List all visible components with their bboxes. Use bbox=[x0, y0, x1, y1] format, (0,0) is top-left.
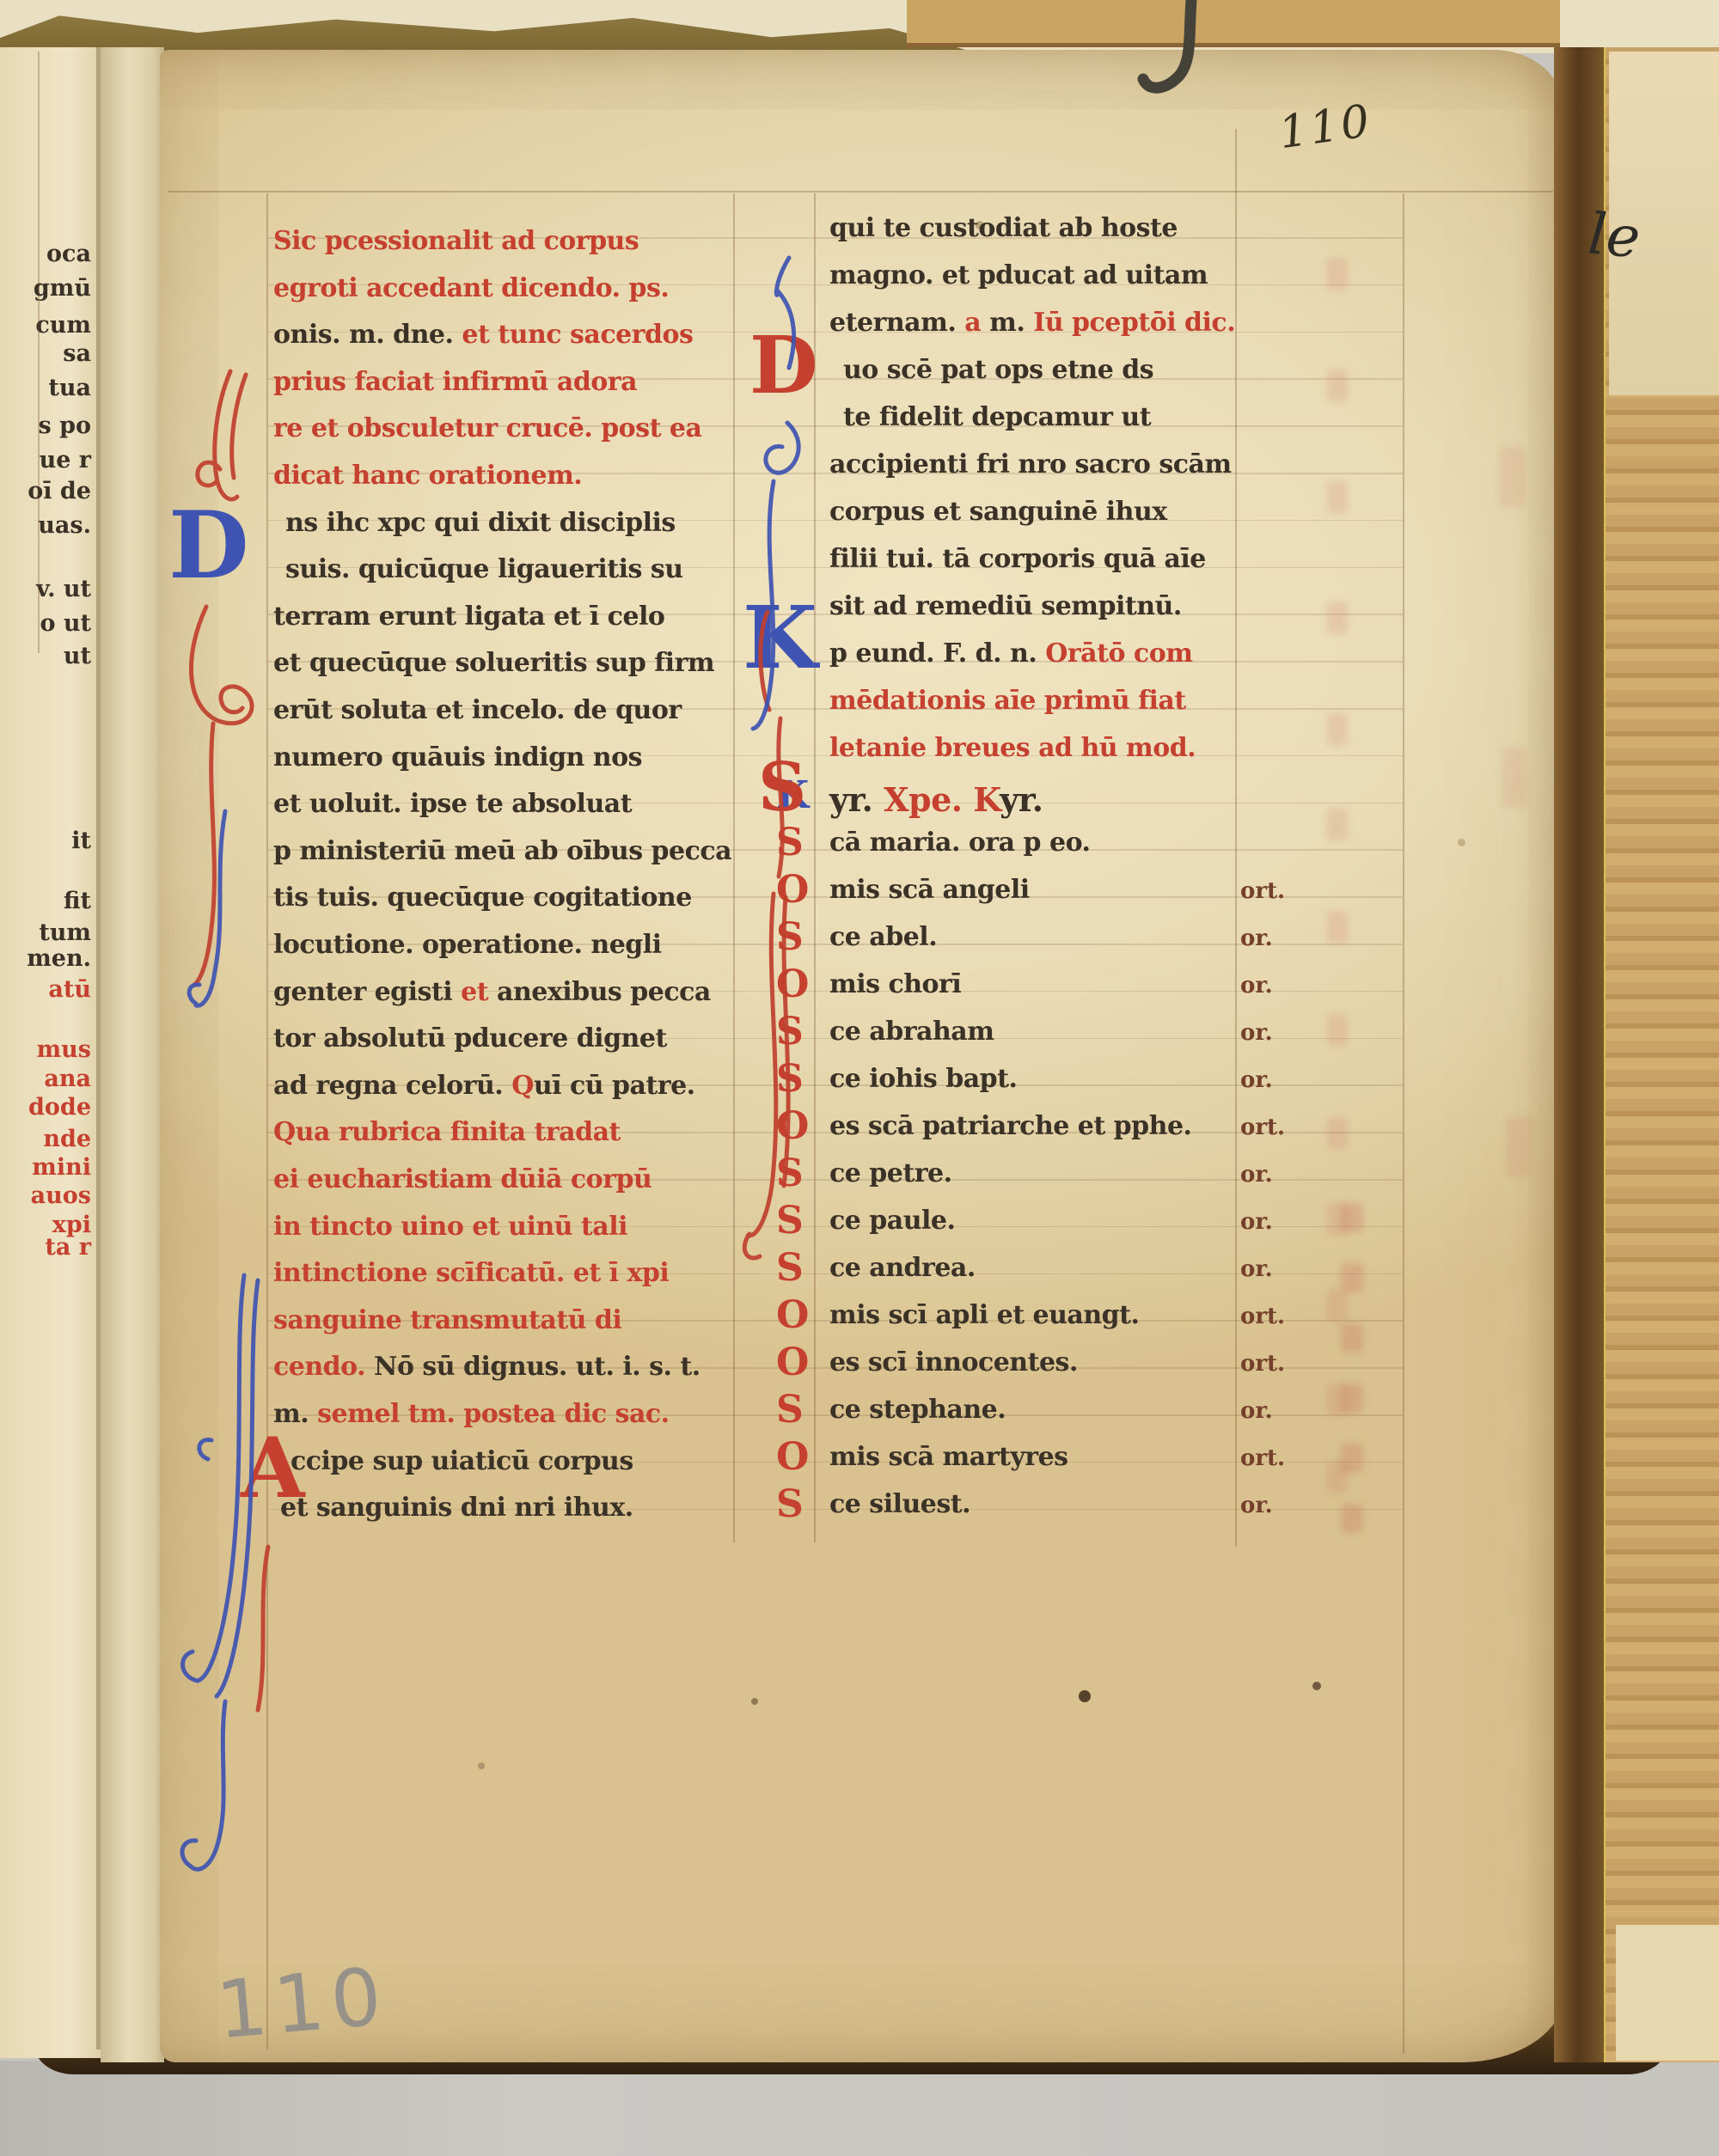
litany-initial: O bbox=[776, 868, 809, 912]
manuscript-line: Sce abel.or. bbox=[829, 922, 937, 952]
litany-initial: S bbox=[776, 1151, 803, 1195]
text-run: mēdationis aīe primū fiat bbox=[829, 686, 1186, 716]
manuscript-line: ns ihc xpc qui dixit disciplis bbox=[285, 508, 676, 538]
text-run: filii tui. tā corporis quā aīe bbox=[829, 544, 1206, 574]
litany-initial: S bbox=[776, 1010, 803, 1054]
text-run: ce iohis bapt. bbox=[829, 1064, 1017, 1094]
manuscript-line: terram erunt ligata et ī celo bbox=[273, 602, 664, 632]
manuscript-line: ccipe sup uiaticū corpus bbox=[291, 1446, 633, 1476]
manuscript-page bbox=[160, 50, 1564, 2062]
facing-page-fragments: ocagmūcumsatuas poue roī deuas.v. uto ut… bbox=[0, 47, 101, 2058]
litany-response: or. bbox=[1240, 1162, 1273, 1188]
text-run: Sic pcessionalit ad corpus bbox=[273, 226, 639, 256]
manuscript-line: p eund. F. d. n. Orātō com bbox=[829, 638, 1192, 669]
red-offset-smudge bbox=[1500, 447, 1526, 507]
facing-fragment: oca bbox=[0, 241, 91, 267]
manuscript-line: dicat hanc orationem. bbox=[273, 461, 582, 491]
text-run: Nō sū dignus. ut. i. s. t. bbox=[374, 1352, 700, 1382]
text-run: egroti accedant dicendo. ps. bbox=[273, 273, 669, 303]
litany-response: ort. bbox=[1240, 1115, 1285, 1140]
facing-fragment: nde bbox=[0, 1126, 91, 1152]
stain-spot bbox=[1458, 839, 1465, 846]
manuscript-line: ad regna celorū. Quī cū patre. bbox=[273, 1071, 695, 1101]
text-run: eternam. bbox=[829, 308, 964, 338]
litany-initial: S bbox=[776, 1246, 803, 1290]
litany-initial: O bbox=[776, 1435, 809, 1479]
text-run: yr. bbox=[829, 780, 884, 819]
litany-initial: S bbox=[776, 1482, 803, 1526]
text-run: numero quāuis indign nos bbox=[273, 742, 642, 773]
text-run: ns ihc xpc qui dixit disciplis bbox=[285, 508, 676, 538]
facing-fragment: fit bbox=[0, 888, 91, 914]
facing-fragment: ana bbox=[0, 1066, 91, 1092]
text-run: mis scā angeli bbox=[829, 875, 1030, 905]
text-run: Iū pceptōi dic. bbox=[1033, 308, 1235, 338]
red-offset-smudge bbox=[1506, 1117, 1532, 1177]
red-offset-smudge bbox=[1327, 370, 1348, 402]
folio-number-pencil: 110 bbox=[213, 1951, 392, 2057]
litany-response: ort. bbox=[1240, 1351, 1285, 1377]
text-run: Qua rubrica finita tradat bbox=[273, 1117, 621, 1147]
red-offset-smudge bbox=[1327, 911, 1348, 944]
facing-fragment: cum bbox=[0, 312, 91, 339]
text-run: onis. m. dne. bbox=[273, 320, 462, 350]
manuscript-line: Omis scī apli et euangt.ort. bbox=[829, 1300, 1139, 1330]
text-run: semel tm. postea dic sac. bbox=[317, 1399, 669, 1429]
text-run: qui te custodiat ab hoste bbox=[829, 213, 1178, 243]
text-run: uī cū patre. bbox=[534, 1071, 695, 1101]
manuscript-line: Sce paule.or. bbox=[829, 1206, 955, 1236]
litany-response: or. bbox=[1240, 1020, 1273, 1046]
manuscript-line: suis. quicūque ligaueritis su bbox=[285, 554, 683, 584]
manuscript-line: mēdationis aīe primū fiat bbox=[829, 686, 1186, 716]
manuscript-line: Sce iohis bapt.or. bbox=[829, 1064, 1017, 1094]
red-offset-smudge bbox=[1327, 713, 1348, 746]
next-page-text: le bbox=[1586, 201, 1643, 272]
manuscript-photo: ocagmūcumsatuas poue roī deuas.v. uto ut… bbox=[0, 0, 1719, 2156]
text-run: et sanguinis dni nri ihux. bbox=[280, 1493, 633, 1523]
decorated-initial: D bbox=[168, 507, 249, 586]
manuscript-line: te fidelit depcamur ut bbox=[843, 402, 1151, 432]
stain-spot bbox=[751, 1698, 758, 1705]
facing-fragment: ut bbox=[0, 643, 91, 669]
text-run: letanie breues ad hū mod. bbox=[829, 733, 1196, 763]
red-offset-smudge bbox=[1327, 602, 1348, 634]
litany-response: or. bbox=[1240, 925, 1273, 951]
facing-fragment: o ut bbox=[0, 610, 91, 637]
text-run: a bbox=[964, 308, 981, 338]
litany-initial: O bbox=[776, 1293, 809, 1337]
manuscript-line: Sic pcessionalit ad corpus bbox=[273, 226, 639, 256]
text-run: ce stephane. bbox=[829, 1395, 1006, 1425]
manuscript-line: Sce siluest.or. bbox=[829, 1489, 970, 1519]
litany-initial: S bbox=[776, 821, 803, 864]
text-run: yr. bbox=[1000, 780, 1043, 819]
text-run: mis scā martyres bbox=[829, 1442, 1068, 1472]
red-offset-smudge bbox=[1327, 258, 1348, 290]
decorated-initial: A bbox=[241, 1433, 304, 1504]
text-run: es scā patriarche et pphe. bbox=[829, 1111, 1191, 1141]
text-run: ce petre. bbox=[829, 1158, 952, 1188]
manuscript-line: sanguine transmutatū di bbox=[273, 1305, 621, 1335]
manuscript-line: qui te custodiat ab hoste bbox=[829, 213, 1178, 243]
stain-spot bbox=[478, 1762, 485, 1769]
manuscript-line: Qua rubrica finita tradat bbox=[273, 1117, 621, 1147]
text-run: cendo. bbox=[273, 1352, 374, 1382]
manuscript-line: cendo. Nō sū dignus. ut. i. s. t. bbox=[273, 1352, 700, 1382]
manuscript-line: tor absolutū pducere dignet bbox=[273, 1023, 667, 1054]
red-offset-smudge bbox=[1341, 1323, 1363, 1353]
litany-response: or. bbox=[1240, 973, 1273, 999]
text-run: genter egisti bbox=[273, 977, 461, 1007]
text-run: Q bbox=[511, 1071, 534, 1101]
facing-fragment: atū bbox=[0, 976, 91, 1003]
manuscript-line: erūt soluta et incelo. de quor bbox=[273, 695, 682, 725]
ruling-line-vertical bbox=[733, 193, 735, 1542]
text-run: corpus et sanguinē ihux bbox=[829, 497, 1167, 527]
text-run: K bbox=[973, 780, 1000, 819]
table-surface bbox=[0, 2061, 1719, 2156]
text-run: accipienti fri nro sacro scām bbox=[829, 449, 1232, 479]
ruling-line-vertical bbox=[38, 52, 40, 653]
manuscript-line: genter egisti et anexibus pecca bbox=[273, 977, 711, 1007]
decorated-initial: D bbox=[749, 332, 818, 399]
ruling-line-vertical bbox=[1403, 193, 1404, 2054]
red-offset-smudge bbox=[1327, 808, 1348, 840]
litany-response: ort. bbox=[1240, 1445, 1285, 1471]
manuscript-line: m. semel tm. postea dic sac. bbox=[273, 1399, 670, 1429]
litany-initial: S bbox=[776, 1199, 803, 1243]
facing-fragment: auos bbox=[0, 1182, 91, 1209]
manuscript-line: p ministeriū meū ab oībus pecca bbox=[273, 836, 731, 866]
manuscript-line: egroti accedant dicendo. ps. bbox=[273, 273, 669, 303]
manuscript-line: Sce petre.or. bbox=[829, 1158, 952, 1188]
manuscript-line: et sanguinis dni nri ihux. bbox=[280, 1493, 633, 1523]
ruling-line-vertical bbox=[266, 193, 268, 2049]
manuscript-line: Scā maria. ora p eo. bbox=[829, 828, 1091, 858]
facing-fragment: ue r bbox=[0, 447, 91, 473]
manuscript-line: numero quāuis indign nos bbox=[273, 742, 642, 773]
text-run: in tincto uino et uinū tali bbox=[273, 1212, 627, 1242]
facing-fragment: tua bbox=[0, 375, 91, 401]
facing-fragment: v. ut bbox=[0, 576, 91, 602]
facing-fragment: s po bbox=[0, 412, 91, 439]
text-run: uo scē pat ops etne ds bbox=[843, 355, 1153, 385]
text-run: p eund. F. d. n. bbox=[829, 638, 1045, 669]
litany-response: or. bbox=[1240, 1256, 1273, 1282]
top-leaf-edge bbox=[907, 0, 1560, 47]
decorated-initial: K bbox=[743, 602, 817, 675]
manuscript-line: tis tuis. quecūque cogitatione bbox=[273, 883, 692, 913]
litany-response: or. bbox=[1240, 1067, 1273, 1093]
facing-fragment: gmū bbox=[0, 275, 91, 302]
text-run: mis scī apli et euangt. bbox=[829, 1300, 1139, 1330]
stain-spot bbox=[1079, 1690, 1091, 1702]
manuscript-line: intinctione scīficatū. et ī xpi bbox=[273, 1258, 669, 1288]
litany-initial: S bbox=[776, 1057, 803, 1101]
manuscript-line: Oes scā patriarche et pphe.ort. bbox=[829, 1111, 1191, 1141]
manuscript-line: Kyr. Xpe. Kyr. bbox=[829, 780, 1043, 819]
text-run: Orātō com bbox=[1045, 638, 1192, 669]
manuscript-line: Omis chorīor. bbox=[829, 969, 961, 999]
litany-initial: O bbox=[776, 962, 809, 1006]
stain-spot bbox=[1312, 1682, 1321, 1690]
text-run: erūt soluta et incelo. de quor bbox=[273, 695, 682, 725]
manuscript-line: Omis scā angeliort. bbox=[829, 875, 1030, 905]
red-offset-smudge bbox=[1341, 1444, 1363, 1473]
text-run: tor absolutū pducere dignet bbox=[273, 1023, 667, 1054]
manuscript-line: prius faciat infirmū adora bbox=[273, 367, 637, 397]
manuscript-line: Sce andrea.or. bbox=[829, 1253, 976, 1283]
litany-response: or. bbox=[1240, 1493, 1273, 1518]
text-run: sanguine transmutatū di bbox=[273, 1305, 621, 1335]
facing-fragment: sa bbox=[0, 340, 91, 367]
litany-response: ort. bbox=[1240, 878, 1285, 904]
text-run: et bbox=[461, 977, 488, 1007]
decorated-initial: S bbox=[758, 760, 806, 816]
text-run: terram erunt ligata et ī celo bbox=[273, 602, 664, 632]
text-run: intinctione scīficatū. et ī xpi bbox=[273, 1258, 669, 1288]
manuscript-line: locutione. operatione. negli bbox=[273, 930, 662, 960]
text-run: cā maria. ora p eo. bbox=[829, 828, 1091, 858]
text-run: Xpe. bbox=[884, 780, 973, 819]
ruling-line-horizontal bbox=[168, 191, 1553, 192]
manuscript-line: filii tui. tā corporis quā aīe bbox=[829, 544, 1206, 574]
manuscript-line: magno. et pducat ad uitam bbox=[829, 260, 1208, 290]
red-offset-smudge bbox=[1327, 481, 1348, 514]
text-run: ce andrea. bbox=[829, 1253, 976, 1283]
red-offset-smudge bbox=[1341, 1383, 1363, 1413]
text-run: tis tuis. quecūque cogitatione bbox=[273, 883, 692, 913]
manuscript-line: in tincto uino et uinū tali bbox=[273, 1212, 627, 1242]
manuscript-line: Sce abrahamor. bbox=[829, 1017, 994, 1047]
page-block-edge bbox=[1554, 47, 1607, 2062]
litany-response: or. bbox=[1240, 1209, 1273, 1235]
litany-response: ort. bbox=[1240, 1304, 1285, 1329]
litany-response: or. bbox=[1240, 1398, 1273, 1424]
litany-initial: O bbox=[776, 1104, 809, 1148]
text-run: ce siluest. bbox=[829, 1489, 970, 1519]
text-run: et quecūque solueritis sup firm bbox=[273, 648, 714, 678]
manuscript-line: eternam. a m. Iū pceptōi dic. bbox=[829, 308, 1235, 338]
facing-fragment: it bbox=[0, 828, 91, 854]
facing-fragment: mini bbox=[0, 1154, 91, 1181]
text-run: ce abraham bbox=[829, 1017, 994, 1047]
manuscript-line: corpus et sanguinē ihux bbox=[829, 497, 1167, 527]
text-run: dicat hanc orationem. bbox=[273, 461, 582, 491]
text-run: anexibus pecca bbox=[488, 977, 711, 1007]
manuscript-line: et uoluit. ipse te absoluat bbox=[273, 789, 632, 819]
text-run: es scī innocentes. bbox=[829, 1347, 1078, 1377]
text-run: m. bbox=[981, 308, 1033, 338]
text-run: locutione. operatione. negli bbox=[273, 930, 662, 960]
manuscript-line: Sce stephane.or. bbox=[829, 1395, 1006, 1425]
text-run: ei eucharistiam dūiā corpū bbox=[273, 1164, 652, 1194]
manuscript-line: Omis scā martyresort. bbox=[829, 1442, 1068, 1472]
text-run: te fidelit depcamur ut bbox=[843, 402, 1151, 432]
facing-fragment: oī de bbox=[0, 478, 91, 504]
text-run: ce paule. bbox=[829, 1206, 955, 1236]
ruling-line-vertical bbox=[1235, 129, 1237, 1547]
manuscript-line: sit ad remediū sempitnū. bbox=[829, 591, 1182, 621]
text-run: et uoluit. ipse te absoluat bbox=[273, 789, 632, 819]
facing-fragment: tum bbox=[0, 919, 91, 946]
facing-fragment: dode bbox=[0, 1094, 91, 1121]
manuscript-line: Oes scī innocentes.ort. bbox=[829, 1347, 1078, 1377]
text-run: et tunc sacerdos bbox=[462, 320, 693, 350]
text-run: mis chorī bbox=[829, 969, 961, 999]
text-run: ce abel. bbox=[829, 922, 937, 952]
facing-fragment: men. bbox=[0, 945, 91, 972]
red-offset-smudge bbox=[1327, 1014, 1348, 1047]
manuscript-line: re et obsculetur crucē. post ea bbox=[273, 413, 701, 443]
text-run: re et obsculetur crucē. post ea bbox=[273, 413, 701, 443]
text-run: prius faciat infirmū adora bbox=[273, 367, 637, 397]
manuscript-line: accipienti fri nro sacro scām bbox=[829, 449, 1232, 479]
text-run: magno. et pducat ad uitam bbox=[829, 260, 1208, 290]
red-offset-smudge bbox=[1341, 1504, 1363, 1533]
manuscript-line: ei eucharistiam dūiā corpū bbox=[273, 1164, 652, 1194]
next-folio-lower bbox=[1616, 1925, 1719, 2061]
facing-fragment: mus bbox=[0, 1036, 91, 1063]
text-run: ad regna celorū. bbox=[273, 1071, 511, 1101]
litany-initial: S bbox=[776, 915, 803, 959]
facing-fragment: ta r bbox=[0, 1234, 91, 1261]
text-run: sit ad remediū sempitnū. bbox=[829, 591, 1182, 621]
red-offset-smudge bbox=[1341, 1203, 1363, 1232]
text-run: ccipe sup uiaticū corpus bbox=[291, 1446, 633, 1476]
red-offset-smudge bbox=[1502, 748, 1528, 808]
gutter-fold bbox=[101, 47, 164, 2062]
text-run: suis. quicūque ligaueritis su bbox=[285, 554, 683, 584]
red-offset-smudge bbox=[1341, 1263, 1363, 1292]
manuscript-line: uo scē pat ops etne ds bbox=[843, 355, 1153, 385]
litany-initial: S bbox=[776, 1388, 803, 1432]
manuscript-line: letanie breues ad hū mod. bbox=[829, 733, 1196, 763]
manuscript-line: et quecūque solueritis sup firm bbox=[273, 648, 714, 678]
litany-initial: O bbox=[776, 1341, 809, 1384]
facing-fragment: uas. bbox=[0, 512, 91, 539]
red-offset-smudge bbox=[1327, 1117, 1348, 1150]
red-offset-smudge bbox=[1327, 1289, 1348, 1322]
manuscript-line: onis. m. dne. et tunc sacerdos bbox=[273, 320, 693, 350]
text-run: p ministeriū meū ab oībus pecca bbox=[273, 836, 731, 866]
